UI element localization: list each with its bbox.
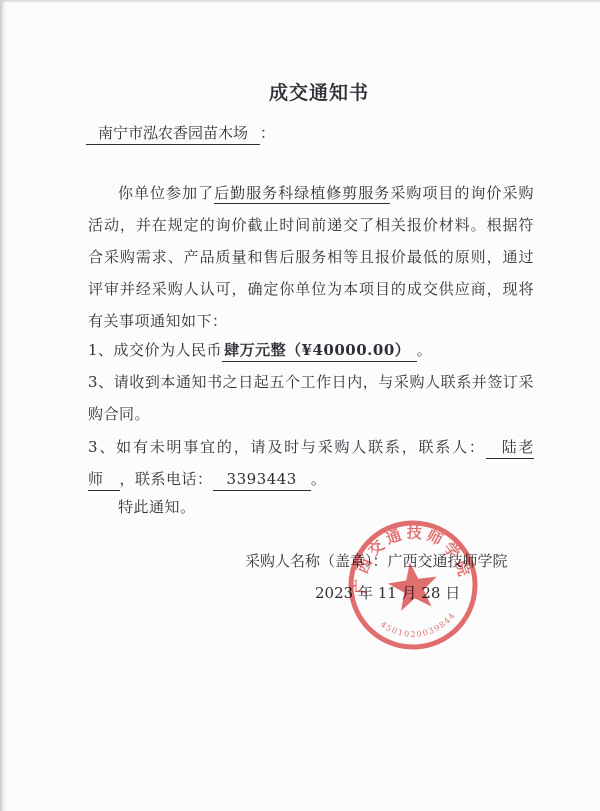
- buyer-signature-line: 采购人名称（盖章）：广西交通技师学院: [245, 549, 508, 573]
- list-item-price: 1、成交价为人民币肆万元整（¥40000.00）。: [88, 334, 534, 366]
- item-number: 3、: [88, 373, 114, 391]
- recipient-line: 南宁市泓农香园苗木场：: [86, 122, 275, 144]
- list-item-contract: 3、请收到本通知书之日起五个工作日内，与采购人联系并签订采购合同。: [88, 366, 534, 430]
- buyer-label: 采购人名称（盖章）：: [245, 552, 388, 570]
- scan-left-edge: [0, 0, 8, 811]
- recipient-name: 南宁市泓农香园苗木场: [86, 124, 260, 145]
- buyer-name: 广西交通技师学院: [388, 552, 508, 570]
- recipient-colon: ：: [260, 124, 275, 142]
- item-number: 1、: [88, 341, 114, 359]
- seal-number-text: 4501020039844: [378, 609, 460, 644]
- item-pre-text: 成交价为人民币: [114, 341, 223, 359]
- project-name-underlined: 后勤服务科绿植修剪服务: [214, 184, 390, 204]
- item-pre-text: 如有未明事宜的，请及时与采购人联系，联系人：: [116, 438, 486, 456]
- scanned-notice-page: 成交通知书 南宁市泓农香园苗木场： 你单位参加了后勤服务科绿植修剪服务采购项目的…: [0, 0, 600, 811]
- item-post-text: 。: [311, 470, 327, 488]
- item-number: 3、: [88, 438, 116, 456]
- body-paragraph: 你单位参加了后勤服务科绿植修剪服务采购项目的询价采购活动，并在规定的询价截止时间…: [88, 177, 534, 337]
- price-amount-underlined: 肆万元整（¥40000.00）: [222, 341, 417, 362]
- item-text: 请收到本通知书之日起五个工作日内，与采购人联系并签订采购合同。: [88, 373, 534, 423]
- item-mid-text: ，联系电话：: [120, 470, 213, 488]
- svg-text:4501020039844: 4501020039844: [378, 609, 460, 644]
- scan-top-edge: [0, 0, 600, 3]
- item-post-text: 。: [417, 341, 433, 359]
- phone-number-underlined: 3393443: [213, 470, 311, 491]
- paragraph-rest: 采购项目的询价采购活动，并在规定的询价截止时间前递交了相关报价材料。根据符合采购…: [88, 184, 534, 330]
- list-item-contact: 3、如有未明事宜的，请及时与采购人联系，联系人：陆老师，联系电话：3393443…: [88, 431, 534, 495]
- closing-line: 特此通知。: [88, 491, 534, 523]
- paragraph-lead: 你单位参加了: [118, 184, 214, 202]
- date-line: 2023 年 11 月 28 日: [315, 581, 460, 605]
- document-title: 成交通知书: [0, 78, 600, 105]
